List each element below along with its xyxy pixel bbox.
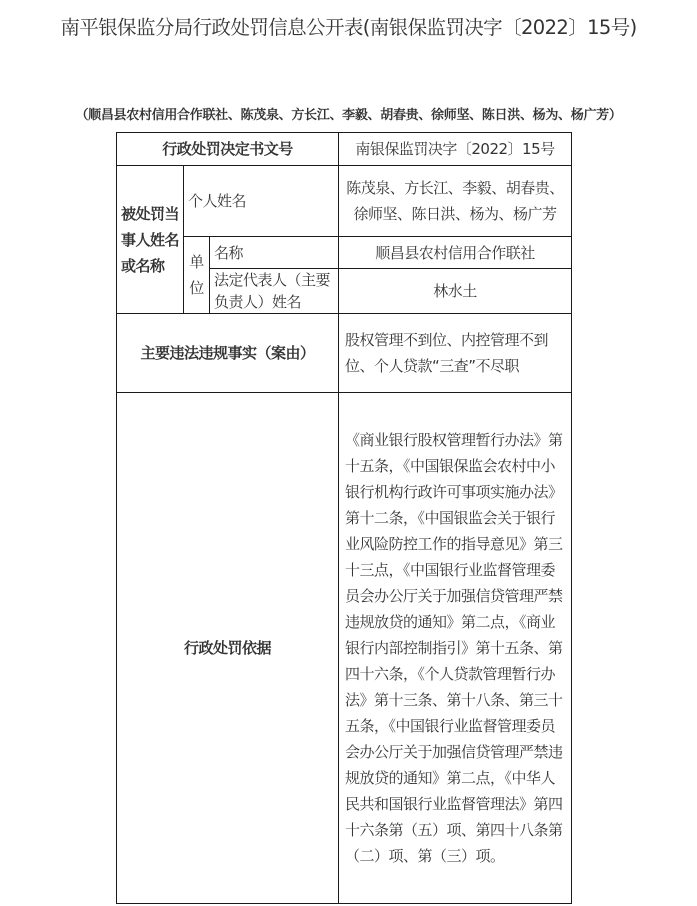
- page-title: 南平银保监分局行政处罚信息公开表(南银保监罚决字〔2022〕15号): [0, 12, 697, 40]
- basis-value: 《商业银行股权管理暂行办法》第十五条，《中国银保监会农村中小银行机构行政许可事项…: [339, 393, 572, 904]
- unit-label: 单位: [184, 237, 210, 314]
- legal-rep-label: 法定代表人（主要负责人）姓名: [210, 269, 339, 314]
- basis-label: 行政处罚依据: [117, 393, 339, 904]
- penalty-info-table: 行政处罚决定书文号 南银保监罚决字〔2022〕15号 被处罚当事人姓名或名称 个…: [116, 132, 572, 904]
- decision-no-label: 行政处罚决定书文号: [117, 133, 339, 166]
- table-row-basis: 行政处罚依据 《商业银行股权管理暂行办法》第十五条，《中国银保监会农村中小银行机…: [117, 393, 572, 904]
- unit-name-label: 名称: [210, 237, 339, 269]
- violation-label: 主要违法违规事实（案由）: [117, 314, 339, 393]
- parties-subtitle: （顺昌县农村信用合作联社、陈茂泉、方长江、李毅、胡春贵、徐师坚、陈日洪、杨为、杨…: [0, 104, 697, 123]
- table-row-unit-name: 单位 名称 顺昌县农村信用合作联社: [117, 237, 572, 269]
- party-label: 被处罚当事人姓名或名称: [117, 166, 184, 314]
- violation-value: 股权管理不到位、内控管理不到位、个人贷款“三查”不尽职: [339, 314, 572, 393]
- individual-label: 个人姓名: [184, 166, 339, 237]
- table-row-decision-no: 行政处罚决定书文号 南银保监罚决字〔2022〕15号: [117, 133, 572, 166]
- unit-name-value: 顺昌县农村信用合作联社: [339, 237, 572, 269]
- decision-no-value: 南银保监罚决字〔2022〕15号: [339, 133, 572, 166]
- table-row-individual: 被处罚当事人姓名或名称 个人姓名 陈茂泉、方长江、李毅、胡春贵、徐师坚、陈日洪、…: [117, 166, 572, 237]
- legal-rep-value: 林水土: [339, 269, 572, 314]
- individual-value: 陈茂泉、方长江、李毅、胡春贵、徐师坚、陈日洪、杨为、杨广芳: [339, 166, 572, 237]
- table-row-violation: 主要违法违规事实（案由） 股权管理不到位、内控管理不到位、个人贷款“三查”不尽职: [117, 314, 572, 393]
